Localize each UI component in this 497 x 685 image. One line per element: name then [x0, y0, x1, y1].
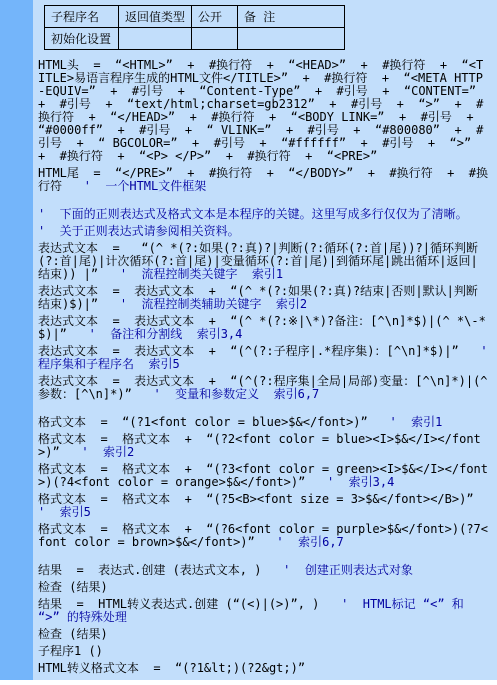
code-line[interactable]: 表达式文本 = “(^ *(?:如果(?:真)?|判断(?:循环(?:首|尾))… — [38, 242, 489, 281]
col-header-public: 公开 — [192, 6, 238, 28]
code-comment: ' 索引3,4 — [327, 475, 394, 489]
code-line[interactable]: 子程序1 () — [38, 645, 489, 658]
code-line[interactable]: ' 关于正则表达式请参阅相关资料。 — [38, 225, 489, 238]
remark-cell[interactable] — [238, 28, 345, 50]
code-area[interactable]: HTML头 = “<HTML>” + #换行符 + “<HEAD>” + #换行… — [38, 59, 493, 675]
col-header-subroutine-name: 子程序名 — [45, 6, 119, 28]
code-text: 检查 (结果) — [38, 580, 108, 594]
code-comment: ' 关于正则表达式请参阅相关资料。 — [38, 224, 240, 238]
code-text: 检查 (结果) — [38, 627, 108, 641]
code-text: 结果 = HTML转义表达式.创建 (“(<)|(>)”, ) — [38, 597, 341, 611]
code-comment: ' 一个HTML文件框架 — [84, 179, 207, 193]
col-header-remark: 备 注 — [238, 6, 345, 28]
code-line[interactable]: 格式文本 = 格式文本 + “(?3<font color = green><I… — [38, 463, 489, 489]
code-comment: ' 创建正则表达式对象 — [283, 563, 413, 577]
code-comment: ' 索引1 — [389, 415, 442, 429]
code-text: 结果 = 表达式.创建 (表达式文本, ) — [38, 563, 283, 577]
code-text: HTML头 = “<HTML>” + #换行符 + “<HEAD>” + #换行… — [38, 58, 491, 163]
code-line[interactable]: HTML尾 = “</PRE>” + #换行符 + “</BODY>” + #换… — [38, 167, 489, 193]
code-text: 子程序1 () — [38, 644, 103, 658]
code-comment: ' 流程控制类关键字 索引1 — [120, 267, 283, 281]
code-line[interactable]: 格式文本 = 格式文本 + “(?5<B><font size = 3>$&</… — [38, 493, 489, 519]
return-type-cell[interactable] — [119, 28, 192, 50]
code-comment: ' 流程控制类辅助关键字 索引2 — [120, 297, 307, 311]
code-text: HTML转义格式文本 = “(?1&lt;)(?2&gt;)” — [38, 661, 305, 675]
code-comment: ' 索引5 — [38, 505, 91, 519]
editor-content: 子程序名 返回值类型 公开 备 注 初始化设置 HTML头 = “<HTML>”… — [38, 5, 493, 679]
code-line[interactable]: 检查 (结果) — [38, 581, 489, 594]
code-comment: ' 索引2 — [81, 445, 134, 459]
table-row: 初始化设置 — [45, 28, 345, 50]
code-line[interactable]: HTML头 = “<HTML>” + #换行符 + “<HEAD>” + #换行… — [38, 59, 489, 163]
code-line[interactable]: 结果 = 表达式.创建 (表达式文本, ) ' 创建正则表达式对象 — [38, 564, 489, 577]
code-comment: ' 下面的正则表达式及格式文本是本程序的关键。这里写成多行仅仅为了清晰。 — [38, 207, 468, 221]
easy-language-code-editor: 子程序名 返回值类型 公开 备 注 初始化设置 HTML头 = “<HTML>”… — [0, 0, 497, 685]
subroutine-header-table: 子程序名 返回值类型 公开 备 注 初始化设置 — [44, 5, 345, 50]
public-cell[interactable] — [192, 28, 238, 50]
code-line[interactable]: 格式文本 = “(?1<font color = blue>$&</font>)… — [38, 416, 489, 429]
code-text: 表达式文本 = 表达式文本 + “(^(?:子程序|.*程序集)：[^\n]*$… — [38, 344, 480, 358]
code-text: 格式文本 = “(?1<font color = blue>$&</font>)… — [38, 415, 389, 429]
code-text: 格式文本 = 格式文本 + “(?5<B><font size = 3>$&</… — [38, 492, 495, 506]
subroutine-name-cell[interactable]: 初始化设置 — [45, 28, 119, 50]
code-line[interactable]: 表达式文本 = 表达式文本 + “(^(?:程序集|全局|局部)变量：[^\n]… — [38, 375, 489, 401]
code-comment: ' 变量和参数定义 索引6,7 — [153, 387, 319, 401]
col-header-return-type: 返回值类型 — [119, 6, 192, 28]
code-comment: ' 索引6,7 — [276, 535, 343, 549]
code-line[interactable]: 表达式文本 = 表达式文本 + “(^ *(?:如果(?:真)?结束|否则|默认… — [38, 285, 489, 311]
bottom-strip — [0, 680, 497, 685]
code-line[interactable]: 格式文本 = 格式文本 + “(?6<font color = purple>$… — [38, 523, 489, 549]
code-line[interactable]: 表达式文本 = 表达式文本 + “(^ *(?:※|\*)?备注：[^\n]*$… — [38, 315, 489, 341]
code-line[interactable]: 格式文本 = 格式文本 + “(?2<font color = blue><I>… — [38, 433, 489, 459]
code-line[interactable]: 表达式文本 = 表达式文本 + “(^(?:子程序|.*程序集)：[^\n]*$… — [38, 345, 489, 371]
code-text: 格式文本 = 格式文本 + “(?3<font color = green><I… — [38, 462, 488, 489]
table-header-row: 子程序名 返回值类型 公开 备 注 — [45, 6, 345, 28]
code-line[interactable]: 检查 (结果) — [38, 628, 489, 641]
left-margin-stripe — [0, 0, 33, 680]
code-line[interactable]: 结果 = HTML转义表达式.创建 (“(<)|(>)”, ) ' HTML标记… — [38, 598, 489, 624]
code-text: 格式文本 = 格式文本 + “(?6<font color = purple>$… — [38, 522, 488, 549]
code-line[interactable]: ' 下面的正则表达式及格式文本是本程序的关键。这里写成多行仅仅为了清晰。 — [38, 208, 489, 221]
code-line[interactable]: HTML转义格式文本 = “(?1&lt;)(?2&gt;)” — [38, 662, 489, 675]
code-comment: ' 备注和分割线 索引3,4 — [89, 327, 243, 341]
